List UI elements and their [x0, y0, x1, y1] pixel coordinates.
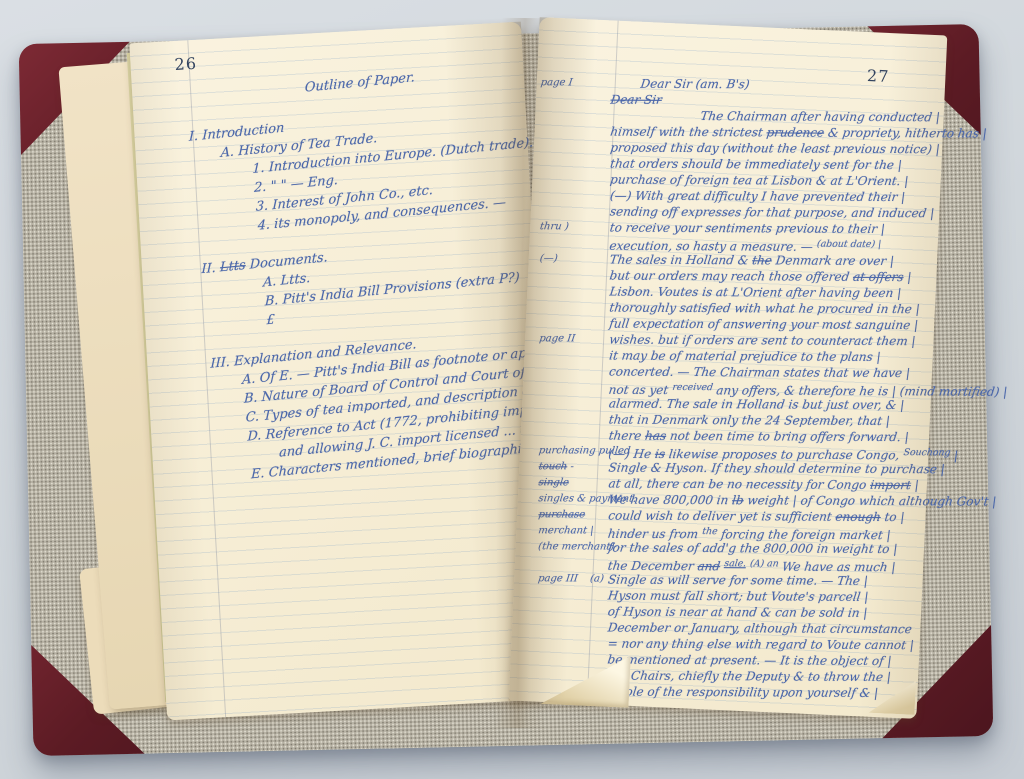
handwriting-text: himself with the strictest — [610, 125, 768, 140]
handwriting-text: The sales in Holland & — [609, 253, 753, 268]
handwriting-text: = nor any thing else with regard to Vout… — [607, 637, 915, 653]
struck-out-text: the — [751, 253, 772, 267]
handwriting-text: Lisbon. Voutes is at L'Orient after havi… — [609, 285, 902, 301]
right-page: 27 page Ithru )(—)page IIpurchasing pull… — [509, 17, 948, 719]
handwritten-line: We have 800,000 in lb weight | of Congo … — [607, 492, 927, 510]
handwritten-line: = nor any thing else with regard to Vout… — [607, 636, 927, 654]
handwritten-line: full expectation of answering your most … — [608, 316, 928, 334]
handwritten-line: concerted. — The Chairman states that we… — [608, 364, 928, 382]
handwriting-text: that in Denmark only the 24 September, t… — [608, 413, 891, 428]
margin-note: merchant | — [538, 525, 613, 536]
handwriting-text: Dear Sir (am. B's) — [640, 77, 751, 92]
handwriting-text: to | — [880, 510, 906, 524]
handwriting-text: full expectation of answering your most … — [609, 317, 920, 333]
handwritten-line: Dear Sir — [610, 92, 930, 110]
handwriting-text: Single & Hyson. If they should determine… — [608, 461, 946, 477]
struck-out-text: purchase — [538, 509, 586, 520]
handwriting-text: purchase of foreign tea at Lisbon & at L… — [609, 173, 909, 189]
handwriting-text: page II — [539, 333, 576, 344]
margin-note: page II — [539, 333, 614, 344]
handwritten-line: proposed this day (without the least pre… — [609, 140, 929, 158]
handwriting-text: thoroughly satisfied with what he procur… — [609, 301, 921, 317]
handwritten-line: whole of the responsibility upon yoursel… — [606, 684, 926, 702]
margin-note: purchasing pulled — [538, 445, 613, 456]
handwritten-line: the December and sale. (A) an We have as… — [607, 556, 927, 574]
handwritten-line: Single as will serve for some time. — Th… — [607, 572, 927, 590]
handwritten-line: that in Denmark only the 24 September, t… — [608, 412, 928, 430]
handwriting-text: it may be of material prejudice to the p… — [608, 349, 881, 364]
left-page: 26 Outline of Paper.I. IntroductionA. Hi… — [129, 22, 558, 721]
handwritten-line: The sales in Holland & the Denmark are o… — [609, 252, 929, 270]
handwriting-text: weight | of Congo which although Gov't | — [743, 493, 997, 508]
struck-out-text: Ltts — [220, 258, 246, 276]
handwriting-text: but our orders may reach those offered — [609, 269, 854, 284]
handwriting-text: We have 800,000 in — [608, 493, 733, 508]
handwriting-text: (the merchant)· — [538, 541, 619, 552]
handwriting-text: not been time to bring offers forward. | — [665, 429, 909, 444]
handwriting-text: wishes. but if orders are sent to counte… — [608, 333, 916, 349]
handwritten-line: for the sales of add'g the 800,000 in we… — [607, 540, 927, 558]
handwriting-text: Hyson must fall short; but Voute's parce… — [607, 589, 869, 604]
handwritten-line: alarmed. The sale in Holland is but just… — [608, 396, 928, 414]
struck-out-text: enough — [835, 510, 882, 524]
handwriting-text: (—) — [539, 253, 558, 264]
handwriting-text: at all, there can be no necessity for Co… — [608, 477, 871, 492]
handwritten-line: but our orders may reach those offered a… — [609, 268, 929, 286]
struck-out-text: single — [538, 477, 570, 488]
handwriting-text: alarmed. The sale in Holland is but just… — [608, 397, 905, 413]
handwritten-line: thoroughly satisfied with what he procur… — [608, 300, 928, 318]
handwriting-text: Souchong — [903, 447, 951, 458]
handwritten-line: purchase of foreign tea at Lisbon & at L… — [609, 172, 929, 190]
margin-note: (—) — [539, 253, 614, 264]
handwriting-text: page I — [540, 77, 573, 88]
handwritten-line: Lisbon. Voutes is at L'Orient after havi… — [609, 284, 929, 302]
handwriting-text: (A) an — [749, 558, 779, 569]
handwriting-text: could wish to deliver yet is sufficient — [608, 509, 837, 524]
handwritten-line: Single & Hyson. If they should determine… — [608, 460, 928, 478]
handwriting-text: for the sales of add'g the 800,000 in we… — [607, 541, 898, 557]
struck-out-text: Dear Sir — [610, 93, 663, 107]
struck-out-text: touch — [538, 461, 568, 472]
handwriting-text: A. Ltts. — [263, 271, 311, 291]
handwriting-text: merchant | — [538, 525, 595, 536]
page-number-left: 26 — [174, 54, 197, 74]
handwriting-text: (—) With great difficulty I have prevent… — [609, 189, 906, 205]
handwriting-text: whole of the responsibility upon yoursel… — [607, 685, 879, 700]
margin-note: page III — [537, 573, 612, 584]
handwriting-text: proposed this day (without the least pre… — [609, 141, 940, 157]
handwritten-line: to receive your sentiments previous to t… — [609, 220, 929, 238]
handwriting-text: thru ) — [539, 221, 569, 232]
right-page-letter-text: page Ithru )(—)page IIpurchasing pulledt… — [535, 75, 928, 701]
handwriting-text: received — [672, 382, 714, 393]
handwritten-line: hinder us from the forcing the foreign m… — [607, 524, 927, 542]
handwriting-text: | — [903, 270, 913, 284]
handwriting-text: that orders should be immediately sent f… — [609, 157, 902, 173]
margin-note: single — [538, 477, 613, 488]
handwritten-line: the Chairs, chiefly the Deputy & to thro… — [607, 668, 927, 686]
struck-out-text: at offers — [852, 270, 904, 284]
handwriting-text: Denmark are over | — [771, 253, 895, 268]
handwriting-text: of Hyson is near at hand & can be sold i… — [607, 605, 868, 620]
handwritten-line: The Chairman after having conducted | — [609, 108, 929, 126]
handwriting-text: concerted. — The Chairman states that we… — [608, 365, 911, 381]
handwriting-text: & propriety, hitherto has | — [823, 126, 987, 141]
photo-scene: 26 Outline of Paper.I. IntroductionA. Hi… — [0, 0, 1024, 779]
handwriting-text: be mentioned at present. — It is the obj… — [607, 653, 893, 668]
handwriting-text: sending off expresses for that purpose, … — [609, 205, 935, 221]
handwriting-text: The Chairman after having conducted | — [700, 109, 941, 124]
handwriting-text: (about date) | — [816, 239, 882, 250]
handwritten-line: not as yet received any offers, & theref… — [608, 380, 928, 398]
handwriting-text: £ — [266, 312, 275, 328]
handwriting-text: December or January, although that circu… — [607, 621, 913, 637]
handwritten-line: (—) With great difficulty I have prevent… — [609, 188, 929, 206]
handwriting-text: sale. — [724, 558, 747, 569]
handwritten-line: there has not been time to bring offers … — [608, 428, 928, 446]
handwritten-line: execution, so hasty a measure. — (about … — [609, 236, 929, 254]
handwriting-text: there — [608, 429, 646, 443]
handwritten-line: sending off expresses for that purpose, … — [609, 204, 929, 222]
struck-out-text: import — [869, 478, 911, 492]
handwriting-text: II. — [201, 260, 220, 277]
handwritten-line: December or January, although that circu… — [607, 620, 927, 638]
handwriting-text: page III — [537, 573, 578, 584]
handwritten-line: be mentioned at present. — It is the obj… — [607, 652, 927, 670]
handwritten-line: wishes. but if orders are sent to counte… — [608, 332, 928, 350]
handwritten-line: Hyson must fall short; but Voute's parce… — [607, 588, 927, 606]
handwritten-line: himself with the strictest prudence & pr… — [609, 124, 929, 142]
handwritten-line: Dear Sir (am. B's) — [610, 76, 930, 94]
handwritten-line: (—) He is likewise proposes to purchase … — [608, 444, 928, 462]
margin-note: thru ) — [539, 221, 614, 232]
handwritten-line: at all, there can be no necessity for Co… — [608, 476, 928, 494]
margin-note: singles & payment. — [538, 493, 613, 504]
margin-note: page I — [540, 77, 615, 88]
margin-note: purchase — [538, 509, 613, 520]
handwritten-line: that orders should be immediately sent f… — [609, 156, 929, 174]
handwritten-line: of Hyson is near at hand & can be sold i… — [607, 604, 927, 622]
handwriting-text: - — [567, 461, 575, 472]
handwritten-line: could wish to deliver yet is sufficient … — [607, 508, 927, 526]
handwritten-line: it may be of material prejudice to the p… — [608, 348, 928, 366]
margin-note: (the merchant)· — [538, 541, 613, 552]
handwriting-text: the Chairs, chiefly the Deputy & to thro… — [607, 669, 892, 684]
struck-out-text: has — [644, 429, 667, 443]
handwriting-text: | — [949, 449, 959, 463]
handwriting-text: to receive your sentiments previous to t… — [609, 221, 886, 236]
struck-out-text: prudence — [766, 125, 825, 139]
handwriting-text: Single as will serve for some time. — Th… — [607, 573, 869, 588]
handwriting-text: | — [910, 478, 920, 492]
margin-note: touch - — [538, 461, 613, 472]
